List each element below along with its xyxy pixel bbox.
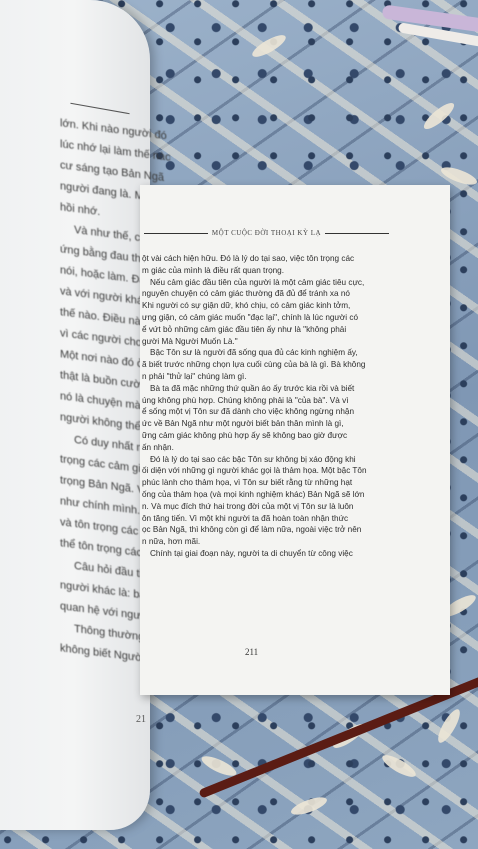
running-head: MỘT CUỘC ĐỜI THOẠI KỲ LẠ [144,229,389,237]
text-line: ể vứt bỏ những cảm giác đầu tiên ấy như … [142,324,412,336]
text-line: Bậc Tôn sư là người đã sống qua đủ các k… [142,347,412,359]
text-line: ức về Bản Ngã như một người biết bản thâ… [142,418,412,430]
text-line: ối diện với những gì người khác gọi là t… [142,465,412,477]
text-line: ững cảm giác không phù hợp ấy sẽ không b… [142,430,412,442]
text-line: ấn nhận. [142,442,412,454]
page-body-text: ột vài cách hiện hữu. Đó là lý do tại sa… [142,253,412,560]
left-page-number: 21 [136,714,146,725]
text-line: ã biết trước những chọn lựa cuối cùng củ… [142,359,412,371]
page-number: 211 [245,647,258,657]
text-line: ôn tăng tiến. Vì một khi người ta đã hoà… [142,513,412,525]
running-head-title: MỘT CUỘC ĐỜI THOẠI KỲ LẠ [212,229,321,237]
text-line: nguyên chuyện có cảm giác thường đã đủ đ… [142,288,412,300]
text-line: ể sống một vị Tôn sư đã dành cho việc kh… [142,406,412,418]
text-line: Đó là lý do tại sao các bậc Tôn sư không… [142,454,412,466]
text-line: ưng giận, có cảm giác muốn "đạc lại", ch… [142,312,412,324]
rule-left [144,233,208,234]
text-line: phúc lành cho thảm họa, vì Tôn sư biết r… [142,477,412,489]
text-line: m giác của mình là điều rất quan trọng. [142,265,412,277]
text-line: ống của thảm họa (và mọi kinh nghiệm khá… [142,489,412,501]
text-line: ột vài cách hiện hữu. Đó là lý do tại sa… [142,253,412,265]
text-line: Khi người có sự giận dữ, khó chịu, có cả… [142,300,412,312]
right-book-page: MỘT CUỘC ĐỜI THOẠI KỲ LẠ ột vài cách hiệ… [140,185,450,695]
text-line: gười Mà Người Muốn Là." [142,336,412,348]
text-line: ọc Bản Ngã, thì không còn gì để làm nữa,… [142,524,412,536]
text-line: n phải "thử lại" chúng làm gì. [142,371,412,383]
text-line: Nếu cảm giác đầu tiên của người là một c… [142,277,412,289]
text-line: úng không phù hợp. Chúng không phải là "… [142,395,412,407]
text-line: Bà ta đã mặc những thứ quần áo ấy trước … [142,383,412,395]
text-line: Chính tại giai đoạn này, người ta di chu… [142,548,412,560]
rule-right [325,233,389,234]
text-line: n nữa, hơn mãi. [142,536,412,548]
text-line: n. Và mục đích thứ hai trong đời của một… [142,501,412,513]
